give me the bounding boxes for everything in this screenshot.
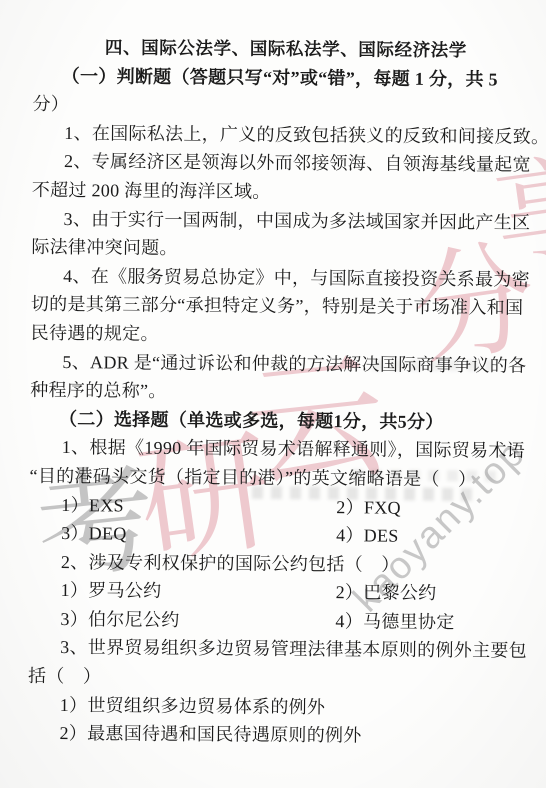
option-4-madrid-agreement: 4）马德里协定 bbox=[335, 607, 454, 637]
part1-question-3: 3、由于实行一国两制，中国成为多法域国家并因此产生区 bbox=[63, 205, 538, 237]
option-2-fxq: 2）FXQ bbox=[336, 493, 401, 522]
part1-question-4: 4、在《服务贸易总协定》中，与国际直接投资关系最为密 bbox=[63, 262, 538, 294]
part2-q2-option-row-1: 1）罗马公约 2）巴黎公约 bbox=[61, 576, 536, 608]
part2-question-1-wrap: “目的港码头交货（指定目的港）”的英文缩略语是（ ） bbox=[29, 462, 536, 495]
part2-question-3: 3、世界贸易组织多边贸易管理法律基本原则的例外主要包 bbox=[60, 633, 535, 665]
option-3-deq: 3）DEQ bbox=[61, 523, 127, 544]
option-1-exs: 1）EXS bbox=[61, 495, 124, 515]
part1-heading-wrap: 分） bbox=[32, 90, 539, 123]
part2-question-2: 2、涉及专利权保护的国际公约包括（ ） bbox=[61, 548, 536, 580]
part2-q1-option-row-2: 3）DEQ 4）DES bbox=[61, 519, 536, 551]
option-2-paris-convention: 2）巴黎公约 bbox=[336, 578, 437, 607]
part1-question-1: 1、在国际私法上，广义的反致包括狭义的反致和间接反致。 bbox=[64, 119, 539, 151]
option-3-berne-convention: 3）伯尔尼公约 bbox=[60, 609, 179, 630]
part1-question-2: 2、专属经济区是领海以外而邻接领海、自领海基线量起宽 bbox=[64, 147, 539, 179]
part2-q3-option-2: 2）最惠国待遇和国民待遇原则的例外 bbox=[59, 719, 534, 751]
document-body: 四、国际公法学、国际私法学、国际经济法学 （一）判断题（答题只写“对”或“错”，… bbox=[0, 0, 546, 752]
part1-question-4-wrap2: 民待遇的规定。 bbox=[31, 319, 538, 352]
part1-question-5-wrap: 种程序的总称”。 bbox=[30, 376, 537, 409]
part2-q2-option-row-2: 3）伯尔尼公约 4）马德里协定 bbox=[60, 605, 535, 637]
part1-question-5: 5、ADR 是“通过诉讼和仲裁的方法解决国际商事争议的各 bbox=[62, 348, 537, 380]
part1-question-2-wrap: 不超过 200 海里的海洋区域。 bbox=[32, 176, 539, 209]
part1-question-4-wrap1: 切的是其第三部分“承担特定义务”，特别是关于市场准入和国 bbox=[31, 290, 538, 323]
part2-q3-option-1: 1）世贸组织多边贸易体系的例外 bbox=[60, 691, 535, 723]
part2-question-3-wrap: 括（ ） bbox=[28, 662, 535, 695]
option-4-des: 4）DES bbox=[336, 521, 399, 550]
part1-question-3-wrap: 际法律冲突问题。 bbox=[31, 233, 538, 266]
option-1-rome-convention: 1）罗马公约 bbox=[61, 580, 162, 601]
part2-question-1: 1、根据《1990 年国际贸易术语解释通则》，国际贸易术语 bbox=[62, 433, 537, 465]
scanned-exam-page: 考 研 云 分 享 kaoyany.top 四、国际公法学、国际私法学、国际经济… bbox=[0, 0, 546, 788]
part1-heading: （一）判断题（答题只写“对”或“错”，每题 1 分，共 5 bbox=[62, 62, 540, 94]
part2-heading: （二）选择题（单选或多选，每题1分，共5分） bbox=[59, 405, 537, 437]
part2-q1-option-row-1: 1）EXS 2）FXQ bbox=[61, 491, 536, 523]
page-title: 四、国际公法学、国际私法学、国际经济法学 bbox=[105, 33, 540, 65]
